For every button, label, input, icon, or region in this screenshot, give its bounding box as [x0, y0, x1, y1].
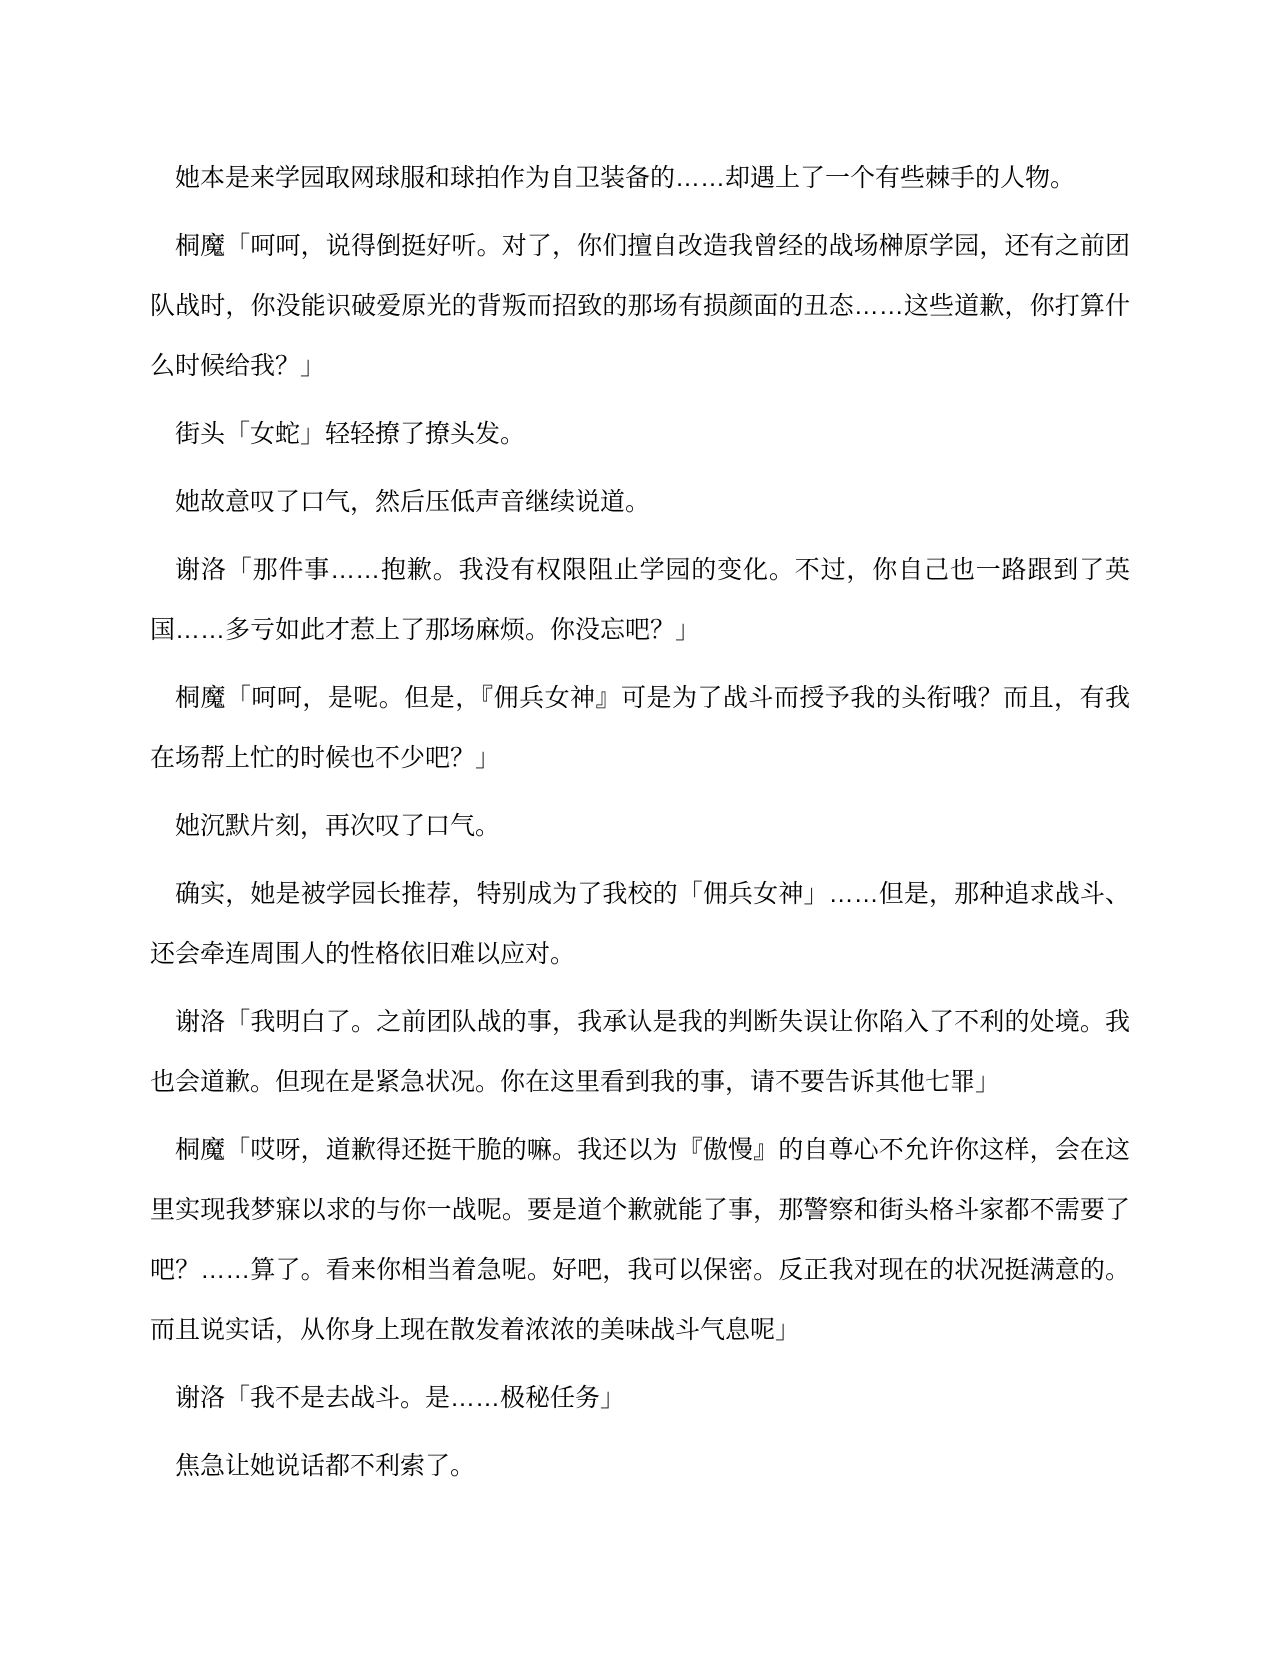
paragraph: 她本是来学园取网球服和球拍作为自卫装备的……却遇上了一个有些棘手的人物。 — [150, 148, 1130, 208]
paragraph: 桐魔「呵呵，是呢。但是，『佣兵女神』可是为了战斗而授予我的头衔哦？而且，有我在场… — [150, 668, 1130, 788]
paragraph: 焦急让她说话都不利索了。 — [150, 1436, 1130, 1496]
paragraph: 她沉默片刻，再次叹了口气。 — [150, 796, 1130, 856]
paragraph: 桐魔「哎呀，道歉得还挺干脆的嘛。我还以为『傲慢』的自尊心不允许你这样，会在这里实… — [150, 1120, 1130, 1360]
paragraph: 街头「女蛇」轻轻撩了撩头发。 — [150, 404, 1130, 464]
paragraph: 确实，她是被学园长推荐，特别成为了我校的「佣兵女神」……但是，那种追求战斗、还会… — [150, 864, 1130, 984]
novel-page: 她本是来学园取网球服和球拍作为自卫装备的……却遇上了一个有些棘手的人物。桐魔「呵… — [0, 0, 1280, 1656]
paragraph: 桐魔「呵呵，说得倒挺好听。对了，你们擅自改造我曾经的战场榊原学园，还有之前团队战… — [150, 216, 1130, 396]
paragraph: 谢洛「我不是去战斗。是……极秘任务」 — [150, 1368, 1130, 1428]
novel-text-content: 她本是来学园取网球服和球拍作为自卫装备的……却遇上了一个有些棘手的人物。桐魔「呵… — [0, 0, 1280, 1656]
paragraph: 她故意叹了口气，然后压低声音继续说道。 — [150, 472, 1130, 532]
paragraph: 谢洛「那件事……抱歉。我没有权限阻止学园的变化。不过，你自己也一路跟到了英国……… — [150, 540, 1130, 660]
paragraph: 谢洛「我明白了。之前团队战的事，我承认是我的判断失误让你陷入了不利的处境。我也会… — [150, 992, 1130, 1112]
